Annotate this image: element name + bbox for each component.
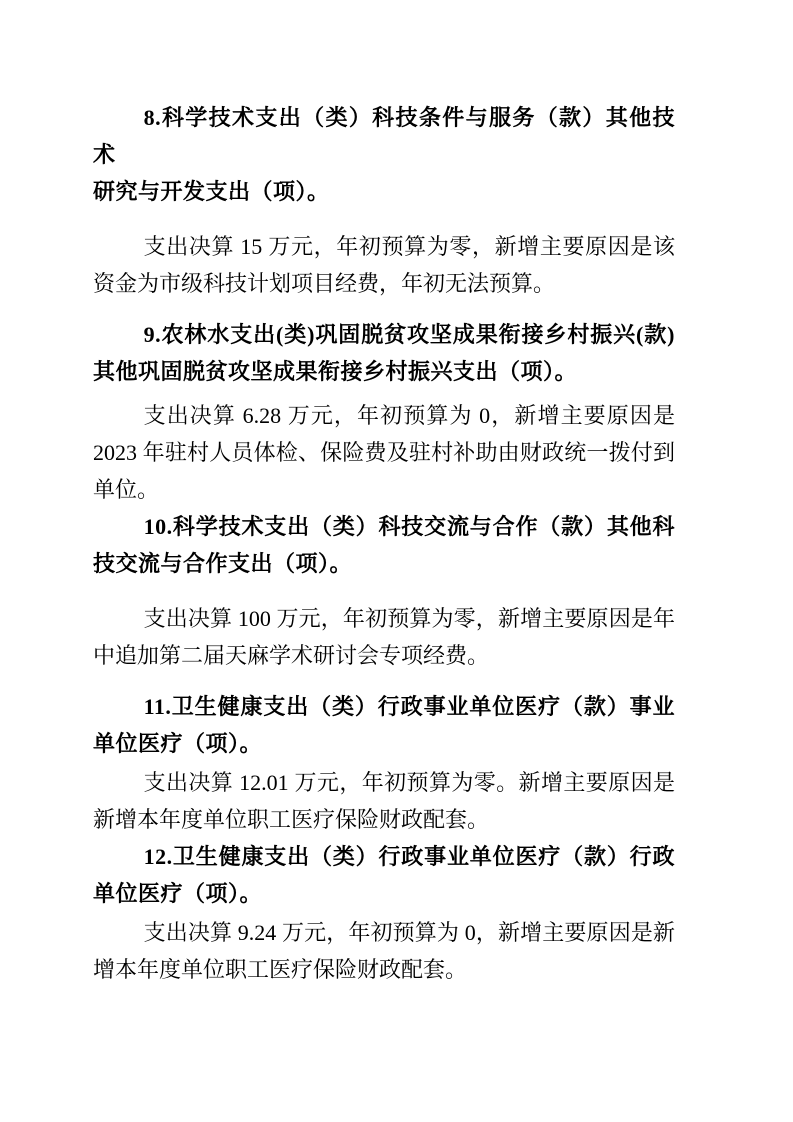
- budget-item-8-body-line-1: 支出决算 15 万元，年初预算为零，新增主要原因是该: [93, 228, 675, 265]
- document-page: 8.科学技术支出（类）科技条件与服务（款）其他技术 研究与开发支出（项）。 支出…: [0, 0, 793, 1122]
- budget-item-9-heading-line-2: 其他巩固脱贫攻坚成果衔接乡村振兴支出（项）。: [93, 353, 675, 390]
- budget-item-9-body-line-3: 单位。: [93, 471, 675, 508]
- budget-item-9-heading: 9.农林水支出(类)巩固脱贫攻坚成果衔接乡村振兴(款) 其他巩固脱贫攻坚成果衔接…: [93, 316, 675, 390]
- budget-item-10-heading: 10.科学技术支出（类）科技交流与合作（款）其他科 技交流与合作支出（项）。: [93, 508, 675, 582]
- budget-item-10-body: 支出决算 100 万元，年初预算为零，新增主要原因是年 中追加第二届天麻学术研讨…: [93, 600, 675, 674]
- budget-item-11-heading: 11.卫生健康支出（类）行政事业单位医疗（款）事业 单位医疗（项）。: [93, 688, 675, 762]
- budget-item-10-heading-line-1: 10.科学技术支出（类）科技交流与合作（款）其他科: [93, 508, 675, 545]
- budget-item-12-body: 支出决算 9.24 万元，年初预算为 0，新增主要原因是新 增本年度单位职工医疗…: [93, 914, 675, 988]
- budget-item-12: 12.卫生健康支出（类）行政事业单位医疗（款）行政 单位医疗（项）。 支出决算 …: [93, 838, 675, 988]
- budget-item-12-heading: 12.卫生健康支出（类）行政事业单位医疗（款）行政 单位医疗（项）。: [93, 838, 675, 912]
- budget-item-12-body-line-2: 增本年度单位职工医疗保险财政配套。: [93, 951, 675, 988]
- budget-item-12-heading-line-1: 12.卫生健康支出（类）行政事业单位医疗（款）行政: [93, 838, 675, 875]
- budget-item-8-heading-line-1: 8.科学技术支出（类）科技条件与服务（款）其他技术: [93, 99, 675, 173]
- budget-item-11: 11.卫生健康支出（类）行政事业单位医疗（款）事业 单位医疗（项）。 支出决算 …: [93, 688, 675, 838]
- budget-item-10: 10.科学技术支出（类）科技交流与合作（款）其他科 技交流与合作支出（项）。 支…: [93, 508, 675, 674]
- budget-item-12-body-line-1: 支出决算 9.24 万元，年初预算为 0，新增主要原因是新: [93, 914, 675, 951]
- budget-item-9-body-line-2: 2023 年驻村人员体检、保险费及驻村补助由财政统一拨付到: [93, 434, 675, 471]
- budget-item-11-body-line-1: 支出决算 12.01 万元，年初预算为零。新增主要原因是: [93, 764, 675, 801]
- budget-item-9-body-line-1: 支出决算 6.28 万元，年初预算为 0，新增主要原因是: [93, 397, 675, 434]
- budget-item-12-heading-line-2: 单位医疗（项）。: [93, 875, 675, 912]
- budget-item-8-heading-line-2: 研究与开发支出（项）。: [93, 173, 675, 210]
- budget-item-10-body-line-2: 中追加第二届天麻学术研讨会专项经费。: [93, 637, 675, 674]
- budget-item-9-heading-line-1: 9.农林水支出(类)巩固脱贫攻坚成果衔接乡村振兴(款): [93, 316, 675, 353]
- budget-item-11-body-line-2: 新增本年度单位职工医疗保险财政配套。: [93, 801, 675, 838]
- budget-item-8: 8.科学技术支出（类）科技条件与服务（款）其他技术 研究与开发支出（项）。 支出…: [93, 99, 675, 302]
- budget-item-8-body: 支出决算 15 万元，年初预算为零，新增主要原因是该 资金为市级科技计划项目经费…: [93, 228, 675, 302]
- budget-item-11-heading-line-1: 11.卫生健康支出（类）行政事业单位医疗（款）事业: [93, 688, 675, 725]
- budget-item-9-body: 支出决算 6.28 万元，年初预算为 0，新增主要原因是 2023 年驻村人员体…: [93, 397, 675, 508]
- budget-item-8-body-line-2: 资金为市级科技计划项目经费，年初无法预算。: [93, 265, 675, 302]
- budget-item-11-body: 支出决算 12.01 万元，年初预算为零。新增主要原因是 新增本年度单位职工医疗…: [93, 764, 675, 838]
- budget-item-10-body-line-1: 支出决算 100 万元，年初预算为零，新增主要原因是年: [93, 600, 675, 637]
- document-text-block: 8.科学技术支出（类）科技条件与服务（款）其他技术 研究与开发支出（项）。 支出…: [93, 99, 675, 988]
- budget-item-9: 9.农林水支出(类)巩固脱贫攻坚成果衔接乡村振兴(款) 其他巩固脱贫攻坚成果衔接…: [93, 316, 675, 508]
- budget-item-8-heading: 8.科学技术支出（类）科技条件与服务（款）其他技术 研究与开发支出（项）。: [93, 99, 675, 210]
- budget-item-11-heading-line-2: 单位医疗（项）。: [93, 725, 675, 762]
- budget-item-10-heading-line-2: 技交流与合作支出（项）。: [93, 545, 675, 582]
